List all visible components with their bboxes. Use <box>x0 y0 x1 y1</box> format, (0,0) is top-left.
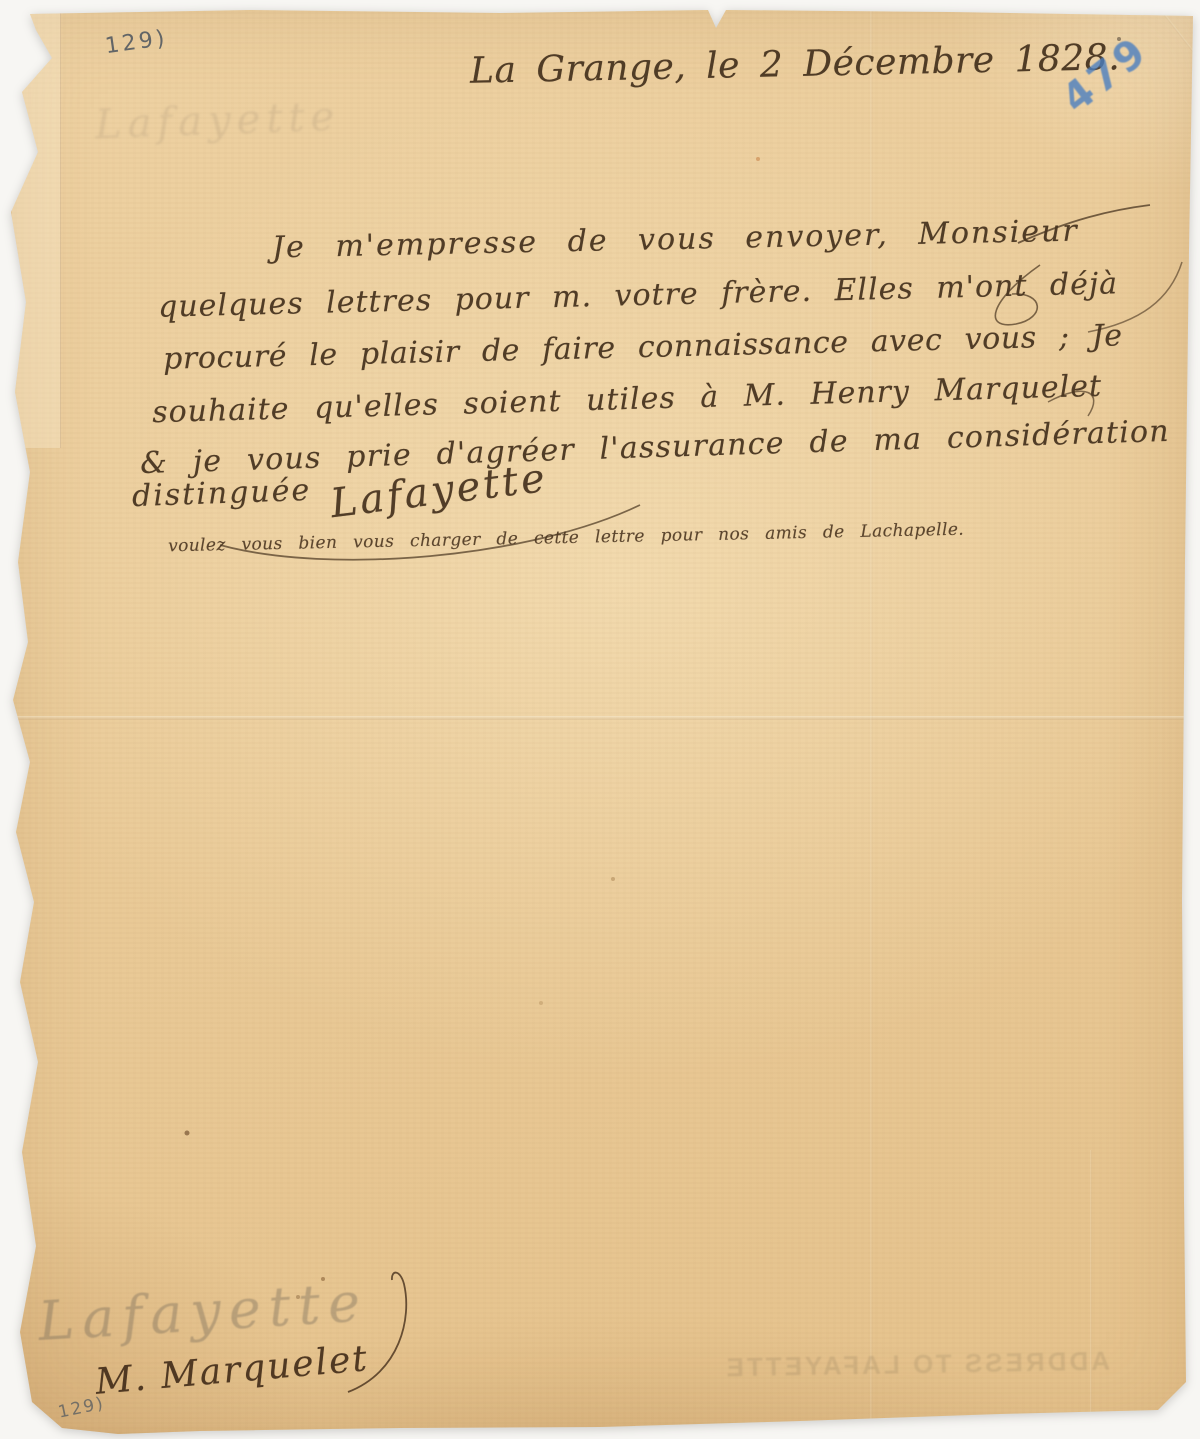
paper-sheet: 129) Lafayette La Grange, le 2 Décembre … <box>0 0 1200 1439</box>
vertical-fold-crease-right <box>1090 1150 1092 1439</box>
ghost-writing-top: Lafayette <box>94 94 341 149</box>
vertical-fold-crease <box>870 0 873 1439</box>
letter-body-line: distinguée <box>131 473 311 514</box>
horizontal-fold-crease <box>0 716 1200 720</box>
left-fold-crease <box>12 8 61 448</box>
letter-scan: 129) Lafayette La Grange, le 2 Décembre … <box>0 0 1200 1439</box>
paper-specks <box>0 0 2 2</box>
